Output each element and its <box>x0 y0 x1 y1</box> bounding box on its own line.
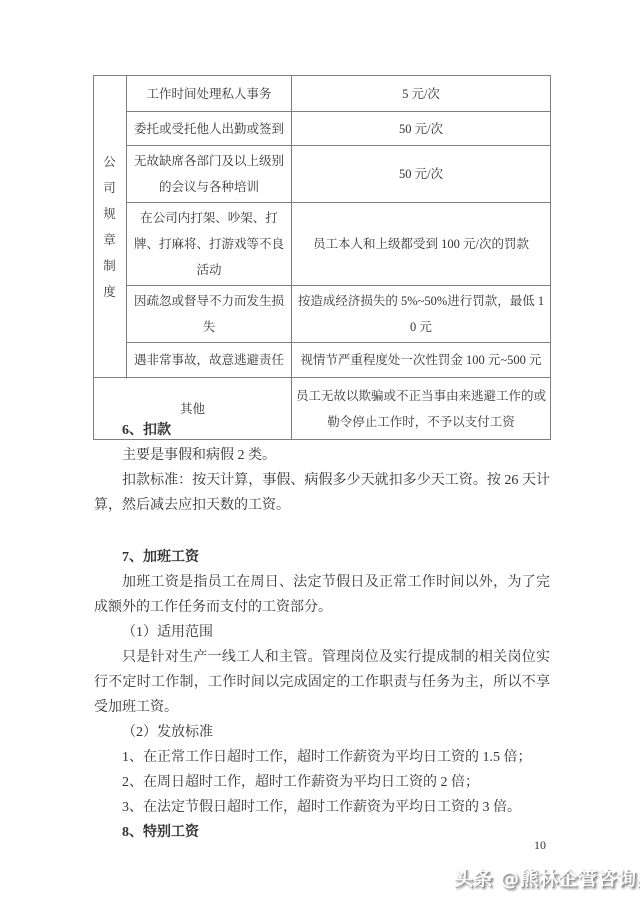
document-page: 公司规章制度 工作时间处理私人事务 5 元/次 委托或受托他人出勤或签到 50 … <box>0 0 640 905</box>
table-row: 无故缺席各部门及以上级别的会议与各种培训 50 元/次 <box>94 146 551 203</box>
table-row: 委托或受托他人出勤或签到 50 元/次 <box>94 112 551 146</box>
section-overtime-pay: 7、加班工资 加班工资是指员工在周日、法定节假日及正常工作时间以外，为了完成额外… <box>94 545 550 820</box>
table-row: 在公司内打架、吵架、打牌、打麻将、打游戏等不良活动 员工本人和上级都受到 100… <box>94 203 551 286</box>
section-special-pay: 8、特别工资 <box>94 820 550 845</box>
document-body: 6、扣款 主要是事假和病假 2 类。 扣款标准：按天计算，事假、病假多少天就扣多… <box>94 418 550 845</box>
page-number: 10 <box>527 838 553 853</box>
table-row: 公司规章制度 工作时间处理私人事务 5 元/次 <box>94 76 551 112</box>
paragraph: 扣款标准：按天计算，事假、病假多少天就扣多少天工资。按 26 天计算，然后减去应… <box>94 468 550 518</box>
paragraph: 只是针对生产一线工人和主管。管理岗位及实行提成制的相关岗位实行不定时工作制，工作… <box>94 645 550 720</box>
penalty-cell: 50 元/次 <box>292 112 551 146</box>
subheading-standard: （2）发放标准 <box>94 720 550 745</box>
violation-cell: 工作时间处理私人事务 <box>127 76 292 112</box>
violation-cell: 无故缺席各部门及以上级别的会议与各种培训 <box>127 146 292 203</box>
violation-cell: 在公司内打架、吵架、打牌、打麻将、打游戏等不良活动 <box>127 203 292 286</box>
violation-cell: 委托或受托他人出勤或签到 <box>127 112 292 146</box>
penalty-cell: 视情节严重程度处一次性罚金 100 元~500 元 <box>292 343 551 378</box>
paragraph: 主要是事假和病假 2 类。 <box>94 443 550 468</box>
penalty-cell: 50 元/次 <box>292 146 551 203</box>
category-cell: 公司规章制度 <box>94 76 127 378</box>
violation-cell: 遇非常事故，故意逃避责任 <box>127 343 292 378</box>
subheading-scope: （1）适用范围 <box>94 620 550 645</box>
company-rules-penalty-table: 公司规章制度 工作时间处理私人事务 5 元/次 委托或受托他人出勤或签到 50 … <box>93 75 551 440</box>
table-row: 因疏忽或督导不力而发生损失 按造成经济损失的 5%~50%进行罚款，最低 10 … <box>94 286 551 343</box>
penalty-cell: 员工本人和上级都受到 100 元/次的罚款 <box>292 203 551 286</box>
penalty-cell: 5 元/次 <box>292 76 551 112</box>
category-label: 公司规章制度 <box>103 155 117 299</box>
list-item: 2、在周日超时工作，超时工作薪资为平均日工资的 2 倍； <box>94 770 550 795</box>
section-deduction: 6、扣款 主要是事假和病假 2 类。 扣款标准：按天计算，事假、病假多少天就扣多… <box>94 418 550 518</box>
penalty-cell: 按造成经济损失的 5%~50%进行罚款，最低 10 元 <box>292 286 551 343</box>
paragraph: 加班工资是指员工在周日、法定节假日及正常工作时间以外，为了完成额外的工作任务而支… <box>94 570 550 620</box>
list-item: 1、在正常工作日超时工作，超时工作薪资为平均日工资的 1.5 倍； <box>94 745 550 770</box>
violation-cell: 因疏忽或督导不力而发生损失 <box>127 286 292 343</box>
section-heading: 8、特别工资 <box>94 820 550 845</box>
list-item: 3、在法定节假日超时工作，超时工作薪资为平均日工资的 3 倍。 <box>94 795 550 820</box>
table-row: 遇非常事故，故意逃避责任 视情节严重程度处一次性罚金 100 元~500 元 <box>94 343 551 378</box>
section-heading: 6、扣款 <box>94 418 550 443</box>
toutiao-watermark: 头条 @熊林企管咨询师 <box>454 864 640 891</box>
section-heading: 7、加班工资 <box>94 545 550 570</box>
